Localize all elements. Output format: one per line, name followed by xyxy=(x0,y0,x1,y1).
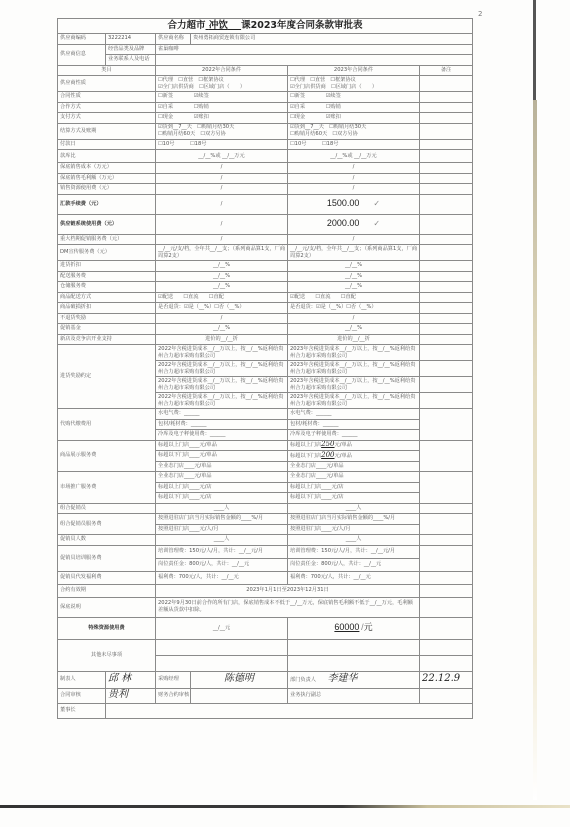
page-number: 2 xyxy=(478,10,482,18)
cell-2022: / xyxy=(156,214,288,234)
row-label: 商品展示服务费 xyxy=(58,440,156,472)
checkmark-icon: ✓ xyxy=(373,199,380,208)
cell-remark xyxy=(420,545,473,571)
row-label: 重大档期促销服务费（元） xyxy=(58,234,156,245)
cell-remark xyxy=(420,234,473,245)
row-supply-chain-fee: 供应链系统使用费（元） / 2000.00✓ xyxy=(58,214,473,234)
cell-remark xyxy=(420,503,473,514)
cell-2022: 2022年含税进货成本__/__万以上，按__/__%返利给贵州合力超市采购有限… xyxy=(156,361,288,377)
header-category: 类目 xyxy=(58,65,156,76)
row-label: 促销员培训服务费 xyxy=(58,545,156,571)
row-label: 销售资源使用费（元） xyxy=(58,184,156,195)
supplier-code-row: 供应商编码 3222214 供应商名称 贵州勇拓商贸连锁有限公司 xyxy=(58,34,473,45)
cell-2023: __/__% xyxy=(288,324,420,335)
row-training-fee: 促销员培训服务费 培训管理费：150元/人/月，共计：__/__元/月 培训管理… xyxy=(58,545,473,558)
guarantee-note-value: 2022年9月30日前合作的所有门店，保底销售成本不低于__/__万元，保底销售… xyxy=(156,597,420,617)
supplier-name-label: 供应商名称 xyxy=(156,34,191,45)
row-delivery-fee: 配送服务费 __/__% __/__% xyxy=(58,271,473,282)
cell-2022: 包材/耗材费：______ xyxy=(156,419,288,430)
cell-2023: 岗位责任金：800元/人，共计：__/__元 xyxy=(288,558,420,571)
row-label: 组合促销员服务费 xyxy=(58,514,156,535)
cell-2022: 冷库及电子秤使用费：______ xyxy=(156,430,288,441)
cell-2022: 标超以下门店____元/店 xyxy=(156,493,288,504)
row-purchase-reward: 进货奖励约定 2022年含税进货成本__/__万以上，按__/__%返利给贵州合… xyxy=(58,345,473,361)
row-sales-resource-fee: 销售资源使用费（元） / / xyxy=(58,184,473,195)
cell-2023: __/__%或 __/__万元 xyxy=(288,150,420,163)
dept-head-cell: 部门负责人 李建华 xyxy=(288,671,420,688)
cell-remark xyxy=(420,92,473,103)
cell-2022: 进价的__/__折 xyxy=(156,334,288,345)
row-settlement: 结算方式及账期 ☑货到__7__天 ☐购销月结30天☐购销月结60天 ☐双方另协… xyxy=(58,123,473,139)
cell-2022: 2022年含税进货成本__/__万以上，按__/__%返利给贵州合力超市采购有限… xyxy=(156,345,288,361)
row-coop-mode: 合作方式 ☑自采 ☐购销 ☑自采 ☐购销 xyxy=(58,102,473,113)
cell-2023: 培训管理费：150元/人/月，共计：__/__元/月 xyxy=(288,545,420,558)
row-label: 新店及竞争店开业支持 xyxy=(58,334,156,345)
cell-2022: 是否退货：☑是（__%）☐否（__%） xyxy=(156,303,288,314)
signature-row-1: 制表人 邱 林 采购经理 陈德明 部门负责人 李建华 22.12.9 xyxy=(58,671,473,688)
cell-2023: 全业态门店____元/单品 xyxy=(288,461,420,472)
supplier-name-value: 贵州勇拓商贸连锁有限公司 xyxy=(191,34,473,45)
cell-2023: ☑货到__7__天 ☐购销月结30天☐购销月结60天 ☐双方另协 xyxy=(288,123,420,139)
cell-2022: / xyxy=(156,194,288,214)
row-label: 供应商性质 xyxy=(58,76,156,92)
cell-2023: 包材/耗材费：______ xyxy=(288,419,420,430)
cell-2022: / xyxy=(156,163,288,174)
cell-remark xyxy=(420,123,473,139)
approval-form: 合力超市 冲饮 课2023年度合同条款审批表 供应商编码 3222214 供应商… xyxy=(57,18,472,719)
cell-2022: 按照进驻门店____元/人/月 xyxy=(156,524,288,535)
dept-head-signature: 李建华 xyxy=(328,673,358,684)
cell-2023: __/__% xyxy=(288,282,420,293)
row-label: 合同性质 xyxy=(58,92,156,103)
cell-remark xyxy=(420,303,473,314)
cell-2022: ☐10号 ☐18号 xyxy=(156,139,288,150)
cell-2022: 2022年含税进货成本__/__万以上，按__/__%返利给贵州合力超市采购有限… xyxy=(156,377,288,393)
cell-remark xyxy=(420,334,473,345)
cell-2023: 2023年含税进货成本__/__万以上，按__/__%返利给贵州合力超市采购有限… xyxy=(288,361,420,377)
cell-2023: 标超以下门店____元/店 xyxy=(288,493,420,504)
supplier-code-label: 供应商编码 xyxy=(58,34,106,45)
row-stock-ratio: 款库比 __/__%或 __/__万元 __/__%或 __/__万元 xyxy=(58,150,473,163)
cell-remark xyxy=(420,571,473,584)
row-label: 市场推广服务费 xyxy=(58,472,156,504)
row-remit-fee: 汇款手续费（元） / 1500.00✓ xyxy=(58,194,473,214)
cell-2023: ☐代理 ☐直营 ☐框架协议☑全门店供货商 ☐区域门店（ ） xyxy=(288,76,420,92)
cell-remark xyxy=(420,472,473,504)
handwritten-value: 250 xyxy=(321,440,334,448)
cell-2023: / xyxy=(288,184,420,195)
row-label: 其他未尽事项 xyxy=(58,639,156,671)
paper-edge-shadow xyxy=(533,100,537,800)
row-other-items: 其他未尽事项 xyxy=(58,639,473,655)
cell-2023: 按照进驻门店____元/人/月 xyxy=(288,524,420,535)
row-display-fee: 商品展示服务费 标超以上门店____元/单品 标超以上门店250元/单品 xyxy=(58,440,473,451)
row-label: 促销基金 xyxy=(58,324,156,335)
cell-2023: ____人 xyxy=(288,503,420,514)
cell-2022: / xyxy=(156,173,288,184)
cell-2023: 标超以下门店200元/单品 xyxy=(288,451,420,462)
cell-2023: 2023年含税进货成本__/__万以上，按__/__%返利给贵州合力超市采购有限… xyxy=(288,377,420,393)
title-row: 合力超市 冲饮 课2023年度合同条款审批表 xyxy=(58,19,473,34)
signature-row-2: 合同审核 贵利 财务合约审核 业务执行副总 xyxy=(58,688,473,703)
row-storage-fee: 仓储服务费 __/__% __/__% xyxy=(58,282,473,293)
cell-2022: __/__% xyxy=(156,271,288,282)
cell-2023: 标超以上门店250元/单品 xyxy=(288,440,420,451)
vp-label: 业务执行副总 xyxy=(288,688,420,703)
cell-2022: 按照进驻店门店当月实际销售金额的____%/月 xyxy=(156,514,288,525)
cell-2022: __/__%或 __/__万元 xyxy=(156,150,288,163)
row-label: 汇款手续费（元） xyxy=(58,194,156,214)
cell-remark xyxy=(420,393,473,409)
finance-review-label: 财务合约审核 xyxy=(156,688,191,703)
contact-label: 业务联系人及电话 xyxy=(106,55,156,66)
cell-2023: 2000.00✓ xyxy=(288,214,420,234)
cell-2022: 标超以下门店____元/单品 xyxy=(156,451,288,462)
validity-value: 2023年1月1日至2023年12月31日 xyxy=(156,584,420,597)
row-min-sales-cost: 保底销售成本（万元） / / xyxy=(58,163,473,174)
row-label: 商品破损折扣 xyxy=(58,303,156,314)
cell-2022: 培训管理费：150元/人/月，共计：__/__元/月 xyxy=(156,545,288,558)
paper-edge xyxy=(533,0,536,110)
row-label: 进货奖励约定 xyxy=(58,345,156,409)
cell-remark xyxy=(420,324,473,335)
contract-review-signature: 贵利 xyxy=(106,688,156,703)
row-label: 保底销售毛利额（万元） xyxy=(58,173,156,184)
cell-remark xyxy=(420,163,473,174)
contract-approval-table: 合力超市 冲饮 课2023年度合同条款审批表 供应商编码 3222214 供应商… xyxy=(57,18,473,719)
row-promoter: 组合促销员 ____人 ____人 xyxy=(58,503,473,514)
cell-remark xyxy=(420,292,473,303)
cell-remark xyxy=(420,617,473,639)
supplier-contact-row: 业务联系人及电话 xyxy=(58,55,473,66)
cell-remark xyxy=(420,514,473,535)
row-label: DM宣传服务费（元） xyxy=(58,245,156,261)
cell-remark xyxy=(420,76,473,92)
paper-bottom-edge xyxy=(0,805,570,808)
cell-2022: ____人 xyxy=(156,535,288,546)
preparer-signature: 邱 林 xyxy=(106,671,156,688)
cell-remark xyxy=(420,261,473,272)
cell-2022: 水电气费：______ xyxy=(156,409,288,420)
cell-remark xyxy=(420,409,473,441)
handwritten-value: 200 xyxy=(321,451,334,459)
header-row: 类目 2022年合同条件 2023年合同条件 备注 xyxy=(58,65,473,76)
cell-remark xyxy=(420,361,473,377)
row-major-promo-fee: 重大档期促销服务费（元） / / xyxy=(58,234,473,245)
row-promoter-fee: 组合促销员服务费 按照进驻店门店当月实际销售金额的____%/月 按照进驻店门店… xyxy=(58,514,473,525)
row-label: 配送服务费 xyxy=(58,271,156,282)
cell-2022: ☑货到__7__天 ☐购销月结30天☐购销月结60天 ☐双方另协 xyxy=(156,123,288,139)
row-label: 合作方式 xyxy=(58,102,156,113)
brand-label: 经营品类及品牌 xyxy=(106,44,156,55)
cell-remark xyxy=(420,345,473,361)
cell-2023 xyxy=(288,655,420,671)
cell-2022: __/__元 xyxy=(156,617,288,639)
row-label: 商品配送方式 xyxy=(58,292,156,303)
cell-2022: / xyxy=(156,313,288,324)
row-label: 合约有效期 xyxy=(58,584,156,597)
remit-fee-value: 1500.00 xyxy=(327,198,360,208)
row-promoter-count: 促销员人数 ____人 ____人 xyxy=(58,535,473,546)
row-label: 支付方式 xyxy=(58,113,156,124)
vp-signature xyxy=(420,688,473,703)
cell-remark xyxy=(420,184,473,195)
cell-2023: 进价的__/__折 xyxy=(288,334,420,345)
cell-remark xyxy=(420,271,473,282)
cell-remark xyxy=(420,113,473,124)
cell-2023: 2023年含税进货成本__/__万以上，按__/__%返利给贵州合力超市采购有限… xyxy=(288,345,420,361)
row-label: 款库比 xyxy=(58,150,156,163)
row-label: 保底说明 xyxy=(58,597,156,617)
cell-2023: 按照进驻店门店当月实际销售金额的____%/月 xyxy=(288,514,420,525)
row-no-return-reward: 不退货奖励 / / xyxy=(58,313,473,324)
cell-2022: ☐现金 ☑账扣 xyxy=(156,113,288,124)
cell-2023: ☐10号 ☐18号 xyxy=(288,139,420,150)
cell-remark xyxy=(420,194,473,214)
row-label: 特殊资源使用费 xyxy=(58,617,156,639)
cell-2023 xyxy=(288,639,420,655)
header-2023: 2023年合同条件 xyxy=(288,65,420,76)
cell-remark xyxy=(420,597,473,617)
cell-2023: / xyxy=(288,313,420,324)
header-remark: 备注 xyxy=(420,65,473,76)
row-label: 促销员人数 xyxy=(58,535,156,546)
cell-2022 xyxy=(156,639,288,655)
cell-2022: ☐代理 ☐直营 ☐框架协议☑全门店供货商 ☐区域门店（ ） xyxy=(156,76,288,92)
cell-remark xyxy=(420,535,473,546)
cell-2023: / xyxy=(288,234,420,245)
row-payment-mode: 支付方式 ☐现金 ☑账扣 ☐现金 ☑账扣 xyxy=(58,113,473,124)
cell-remark xyxy=(420,655,473,671)
cell-2023: __/__元/支/档，全年共__/__支；（系列商品算1支，厂商周算2支） xyxy=(288,245,420,261)
row-agency-fee: 代购代缴费用 水电气费：______ 水电气费：______ xyxy=(58,409,473,420)
special-fee-value: 60000 xyxy=(334,622,359,632)
cell-2023: 全业态门店____元/单品 xyxy=(288,472,420,483)
form-title: 合力超市 冲饮 课2023年度合同条款审批表 xyxy=(58,19,473,34)
cell-remark xyxy=(420,639,473,655)
row-delivery-method: 商品配送方式 ☑配送 ☐直流 ☐直配 ☑配送 ☐直流 ☐直配 xyxy=(58,292,473,303)
header-2022: 2022年合同条件 xyxy=(156,65,288,76)
row-label: 保底销售成本（万元） xyxy=(58,163,156,174)
cell-2022 xyxy=(156,655,288,671)
cell-2023: 2023年含税进货成本__/__万以上，按__/__%返利给贵州合力超市采购有限… xyxy=(288,393,420,409)
cell-2023: ☐新签 ☑续签 xyxy=(288,92,420,103)
cell-remark xyxy=(420,584,473,597)
row-label: 仓储服务费 xyxy=(58,282,156,293)
row-label: 付款日 xyxy=(58,139,156,150)
cell-remark xyxy=(420,245,473,261)
dept-head-label: 部门负责人 xyxy=(290,677,316,683)
row-pay-day: 付款日 ☐10号 ☐18号 ☐10号 ☐18号 xyxy=(58,139,473,150)
row-label: 进货折扣 xyxy=(58,261,156,272)
cell-2022: ____人 xyxy=(156,503,288,514)
preparer-label: 制表人 xyxy=(58,671,106,688)
supplier-info-label: 供应商信息 xyxy=(58,44,106,65)
row-contract-type: 合同性质 ☐新签 ☑续签 ☐新签 ☑续签 xyxy=(58,92,473,103)
cell-2022: 全业态门店____元/单品 xyxy=(156,461,288,472)
cell-2022: 标超以上门店____元/店 xyxy=(156,482,288,493)
supplier-brand-row: 供应商信息 经营品类及品牌 雀巢咖啡 xyxy=(58,44,473,55)
contract-review-label: 合同审核 xyxy=(58,688,106,703)
cell-2022: 标超以上门店____元/单品 xyxy=(156,440,288,451)
signature-date: 22.12.9 xyxy=(420,671,473,688)
row-validity: 合约有效期 2023年1月1日至2023年12月31日 xyxy=(58,584,473,597)
supply-chain-fee-value: 2000.00 xyxy=(327,218,360,228)
cell-2022: 岗位责任金：800元/人，共计：__/__元 xyxy=(156,558,288,571)
row-supplier-type: 供应商性质 ☐代理 ☐直营 ☐框架协议☑全门店供货商 ☐区域门店（ ） ☐代理 … xyxy=(58,76,473,92)
cell-2022: __/__元/支/档，全年共__/__支；（系列商品算1支，厂商周算2支） xyxy=(156,245,288,261)
row-label: 供应链系统使用费（元） xyxy=(58,214,156,234)
row-label: 不退货奖励 xyxy=(58,313,156,324)
cell-2022: ☑配送 ☐直流 ☐直配 xyxy=(156,292,288,303)
cell-2023: __/__% xyxy=(288,261,420,272)
row-new-store-support: 新店及竞争店开业支持 进价的__/__折 进价的__/__折 xyxy=(58,334,473,345)
supplier-code-value: 3222214 xyxy=(106,34,156,45)
cell-2023: ☑配送 ☐直流 ☐直配 xyxy=(288,292,420,303)
cell-2023: __/__% xyxy=(288,271,420,282)
cell-2022: 2022年含税进货成本__/__万以上，按__/__%返利给贵州合力超市采购有限… xyxy=(156,393,288,409)
cell-2023: 冷库及电子秤使用费：______ xyxy=(288,430,420,441)
cell-2023: / xyxy=(288,173,420,184)
row-special-fee: 特殊资源使用费 __/__元 60000 /元 xyxy=(58,617,473,639)
row-guarantee-note: 保底说明 2022年9月30日前合作的所有门店，保底销售成本不低于__/__万元… xyxy=(58,597,473,617)
cell-2022: __/__% xyxy=(156,324,288,335)
cell-2022: ☑自采 ☐购销 xyxy=(156,102,288,113)
row-label: 促销员代发福利费 xyxy=(58,571,156,584)
department-name: 冲饮 xyxy=(209,20,228,31)
cell-2023: 福利费：700元/人，共计：__/__元 xyxy=(288,571,420,584)
cell-remark xyxy=(420,440,473,472)
chairman-signature xyxy=(106,703,473,718)
cell-2022: 全业态门店____元/单品 xyxy=(156,472,288,483)
cell-2023: 是否退货：☑是（__%）☐否（__%） xyxy=(288,303,420,314)
cell-2022: / xyxy=(156,234,288,245)
row-promo-fund: 促销基金 __/__% __/__% xyxy=(58,324,473,335)
row-label: 组合促销员 xyxy=(58,503,156,514)
cell-2023: 水电气费：______ xyxy=(288,409,420,420)
cell-remark xyxy=(420,139,473,150)
row-market-promo-fee: 市场推广服务费 全业态门店____元/单品 全业态门店____元/单品 xyxy=(58,472,473,483)
cell-remark xyxy=(420,102,473,113)
cell-remark xyxy=(420,150,473,163)
cell-2022: 福利费：700元/人，共计：__/__元 xyxy=(156,571,288,584)
row-purchase-discount: 进货折扣 __/__% __/__% xyxy=(58,261,473,272)
finance-review-signature xyxy=(191,688,288,703)
contact-value xyxy=(156,55,473,66)
row-damage-discount: 商品破损折扣 是否退货：☑是（__%）☐否（__%） 是否退货：☑是（__%）☐… xyxy=(58,303,473,314)
cell-remark xyxy=(420,282,473,293)
cell-2023: 标超以上门店____元/店 xyxy=(288,482,420,493)
cell-2022: __/__% xyxy=(156,282,288,293)
cell-2023: 1500.00✓ xyxy=(288,194,420,214)
purchase-manager-signature: 陈德明 xyxy=(191,671,288,688)
purchase-manager-label: 采购经理 xyxy=(156,671,191,688)
cell-remark xyxy=(420,214,473,234)
cell-2023: / xyxy=(288,163,420,174)
checkmark-icon: ✓ xyxy=(373,219,380,228)
cell-remark xyxy=(420,173,473,184)
row-dm-fee: DM宣传服务费（元） __/__元/支/档，全年共__/__支；（系列商品算1支… xyxy=(58,245,473,261)
cell-2022: __/__% xyxy=(156,261,288,272)
cell-2023: ____人 xyxy=(288,535,420,546)
row-min-gross-profit: 保底销售毛利额（万元） / / xyxy=(58,173,473,184)
cell-2022: ☐新签 ☑续签 xyxy=(156,92,288,103)
row-label: 代购代缴费用 xyxy=(58,409,156,441)
chairman-label: 董事长 xyxy=(58,703,106,718)
brand-value: 雀巢咖啡 xyxy=(156,44,473,55)
cell-2023: 60000 /元 xyxy=(288,617,420,639)
row-label: 结算方式及账期 xyxy=(58,123,156,139)
cell-2023: ☐现金 ☑账扣 xyxy=(288,113,420,124)
cell-remark xyxy=(420,377,473,393)
cell-2023: ☑自采 ☐购销 xyxy=(288,102,420,113)
cell-2022: / xyxy=(156,184,288,195)
cell-remark xyxy=(420,313,473,324)
signature-row-3: 董事长 xyxy=(58,703,473,718)
row-welfare-fee: 促销员代发福利费 福利费：700元/人，共计：__/__元 福利费：700元/人… xyxy=(58,571,473,584)
